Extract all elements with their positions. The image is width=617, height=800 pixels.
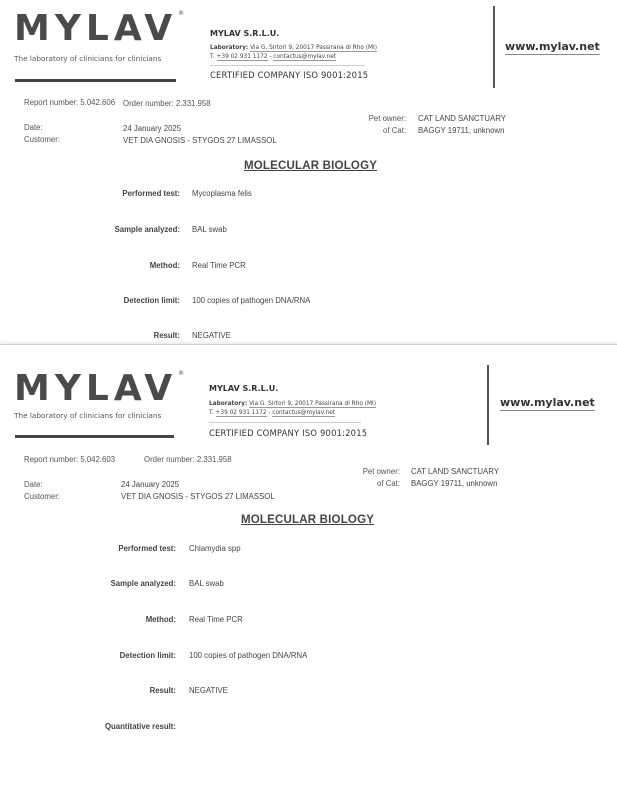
lab-address: Laboratory: Via G. Sirtori 9, 20017 Pass… bbox=[210, 45, 377, 51]
field-value: BAL swab bbox=[192, 225, 227, 234]
section-title: MOLECULAR BIOLOGY bbox=[244, 160, 377, 172]
company-name: MYLAV S.R.L.U. bbox=[210, 29, 279, 38]
customer-value: VET DIA GNOSIS - STYGOS 27 LIMASSOL bbox=[121, 492, 275, 501]
of-cat-value: BAGGY 19711, unknown bbox=[411, 479, 497, 488]
field-label: Result: bbox=[80, 331, 180, 340]
field-label: Detection limit: bbox=[75, 651, 176, 660]
lab-address: Laboratory: Via G. Sirtori 9, 20017 Pass… bbox=[209, 401, 376, 407]
order-number: Order number: 2.331.958 bbox=[144, 455, 232, 464]
mylav-logo: MYLAV® bbox=[14, 371, 184, 407]
certification: CERTIFIED COMPANY ISO 9001:2015 bbox=[209, 428, 367, 438]
date-value: 24 January 2025 bbox=[123, 124, 181, 133]
field-label: Performed test: bbox=[75, 544, 176, 553]
field-label: Method: bbox=[80, 261, 180, 270]
contact-line: T. +39 02 931 1172 - contactus@mylav.net bbox=[210, 54, 336, 60]
result-value: NEGATIVE bbox=[189, 686, 228, 695]
field-label: Quantitative result: bbox=[75, 722, 176, 731]
vertical-divider bbox=[493, 6, 495, 88]
result-value: NEGATIVE bbox=[192, 331, 231, 340]
customer-value: VET DIA GNOSIS - STYGOS 27 LIMASSOL bbox=[123, 136, 277, 145]
contact-line: T. +39 02 931 1172 - contactus@mylav.net bbox=[209, 410, 335, 416]
report-page-1: MYLAV® The laboratory of clinicians for … bbox=[0, 0, 617, 344]
registered-mark: ® bbox=[178, 10, 184, 17]
field-label: Performed test: bbox=[80, 189, 180, 198]
field-value: BAL swab bbox=[189, 579, 224, 588]
registered-mark: ® bbox=[178, 370, 184, 377]
vertical-divider bbox=[487, 365, 489, 445]
pet-owner-label: Pet owner: bbox=[360, 114, 406, 123]
customer-label: Customer: bbox=[24, 135, 60, 144]
logo-text: MYLAV bbox=[14, 368, 177, 409]
section-title: MOLECULAR BIOLOGY bbox=[241, 514, 374, 526]
divider bbox=[209, 422, 361, 423]
phone-link[interactable]: +39 02 931 1172 bbox=[216, 410, 267, 417]
mylav-logo: MYLAV® bbox=[14, 11, 184, 47]
report-page-2: MYLAV® The laboratory of clinicians for … bbox=[0, 344, 617, 800]
of-cat-label: of Cat: bbox=[352, 479, 400, 488]
website-link[interactable]: www.mylav.net bbox=[505, 40, 600, 55]
field-label: Sample analyzed: bbox=[75, 579, 176, 588]
website-link[interactable]: www.mylav.net bbox=[500, 396, 595, 411]
field-value: 100 copies of pathogen DNA/RNA bbox=[189, 651, 307, 660]
certification: CERTIFIED COMPANY ISO 9001:2015 bbox=[210, 70, 368, 80]
field-value: Chlamydia spp bbox=[189, 544, 241, 553]
logo-tagline: The laboratory of clinicians for clinici… bbox=[14, 411, 161, 420]
divider bbox=[210, 65, 365, 66]
field-value: Mycoplasma felis bbox=[192, 189, 252, 198]
email-link[interactable]: contactus@mylav.net bbox=[273, 54, 336, 61]
field-label: Detection limit: bbox=[80, 296, 180, 305]
field-value: 100 copies of pathogen DNA/RNA bbox=[192, 296, 310, 305]
phone-link[interactable]: +39 02 931 1172 bbox=[217, 54, 268, 61]
date-value: 24 January 2025 bbox=[121, 480, 179, 489]
of-cat-label: of Cat: bbox=[360, 126, 406, 135]
field-value: Real Time PCR bbox=[192, 261, 246, 270]
field-label: Method: bbox=[75, 615, 176, 624]
logo-tagline: The laboratory of clinicians for clinici… bbox=[14, 54, 161, 63]
order-number: Order number: 2.331.958 bbox=[123, 99, 211, 108]
of-cat-value: BAGGY 19711, unknown bbox=[418, 126, 504, 135]
field-label: Sample analyzed: bbox=[80, 225, 180, 234]
field-value: Real Time PCR bbox=[189, 615, 243, 624]
date-label: Date: bbox=[24, 480, 43, 489]
customer-label: Customer: bbox=[24, 492, 60, 501]
logo-text: MYLAV bbox=[14, 8, 177, 49]
report-number: Report number: 5.042.603 bbox=[24, 455, 115, 464]
pet-owner-value: CAT LAND SANCTUARY bbox=[418, 114, 506, 123]
date-label: Date: bbox=[24, 123, 43, 132]
pet-owner-label: Pet owner: bbox=[352, 467, 400, 476]
pet-owner-value: CAT LAND SANCTUARY bbox=[411, 467, 499, 476]
report-number: Report number: 5.042.606 bbox=[24, 98, 115, 107]
email-link[interactable]: contactus@mylav.net bbox=[272, 410, 335, 417]
logo-underline bbox=[15, 435, 174, 438]
logo-underline bbox=[15, 79, 176, 82]
company-name: MYLAV S.R.L.U. bbox=[209, 384, 278, 393]
field-label: Result: bbox=[75, 686, 176, 695]
